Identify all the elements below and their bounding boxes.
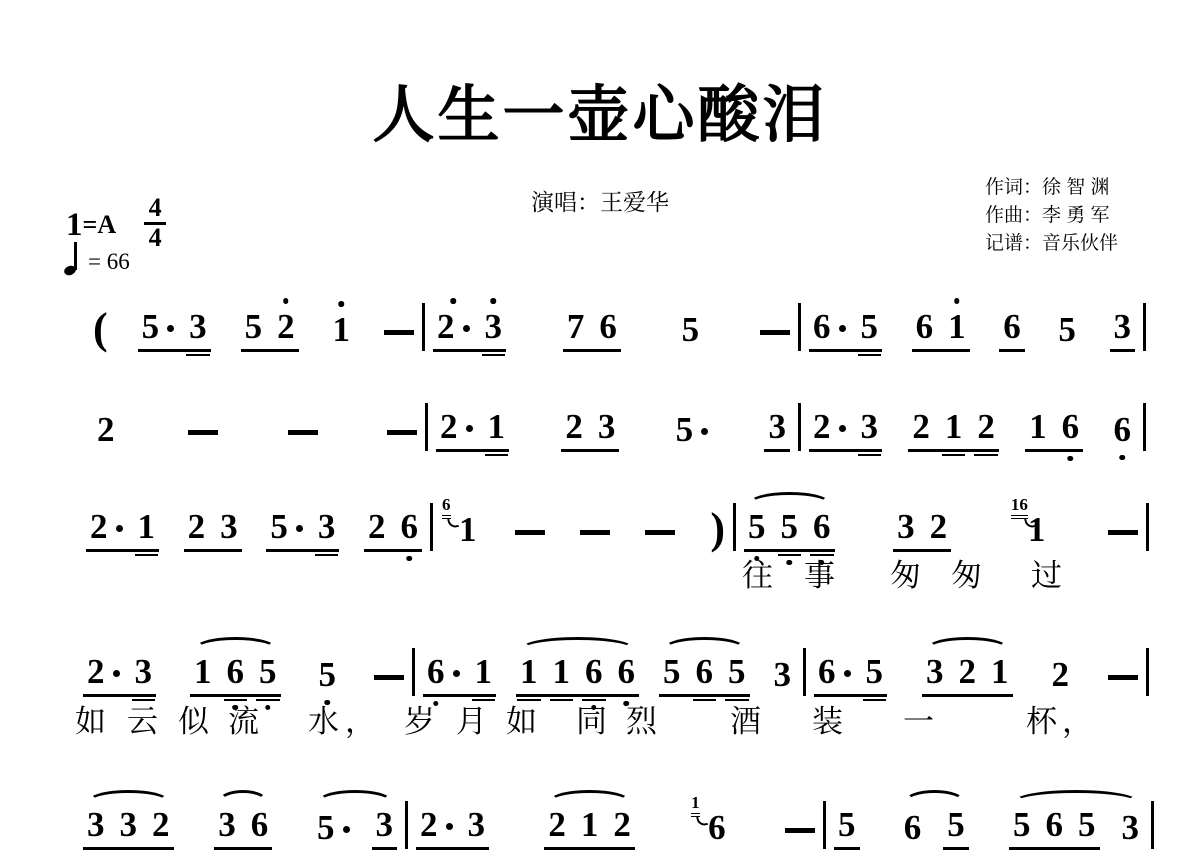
note-digit: 1 <box>138 509 156 544</box>
note-digit: 2 <box>90 509 108 544</box>
note-digit: 2 <box>152 807 170 842</box>
note-digit: 5 <box>663 654 681 689</box>
note-digit: 6 <box>251 807 269 842</box>
note-group: 5 <box>1054 312 1080 352</box>
note: 5 <box>781 509 799 544</box>
measure: 6111665653 <box>415 641 803 697</box>
note: 6 <box>696 654 714 689</box>
score-line: 221235323212166 <box>85 396 1141 452</box>
note-group: 5 <box>943 807 969 850</box>
lyric-char: 同 <box>576 706 607 737</box>
note: 5 <box>1078 807 1096 842</box>
score-line: 2316556111665653653212 <box>75 641 1144 697</box>
note-digit: 5 <box>682 312 700 347</box>
note-group: 3 <box>1110 309 1136 352</box>
note-digit: 2 <box>437 309 455 344</box>
note-group: 565 <box>659 654 750 697</box>
note: 2 <box>565 409 583 444</box>
note-digit: 5 <box>270 509 288 544</box>
measure: 23212166 <box>801 396 1143 452</box>
note-group: 26 <box>364 509 422 552</box>
note: 3 <box>220 509 238 544</box>
note-digit: 2 <box>87 654 105 689</box>
note: 5 <box>676 412 709 447</box>
note-group: 556 <box>744 509 835 552</box>
note: 2 <box>1052 657 1070 692</box>
note-digit: 1 <box>1029 409 1047 444</box>
note: 6 <box>818 654 851 689</box>
note: 5 <box>245 309 263 344</box>
note-group: 565 <box>1009 807 1100 850</box>
score: (535212376565616532212353232121662123532… <box>0 0 1200 850</box>
note: 2 <box>90 509 123 544</box>
augmentation-dot <box>463 325 470 332</box>
note-group: 5 <box>313 810 354 850</box>
note: 3 <box>189 309 207 344</box>
note-digit: 3 <box>120 807 138 842</box>
grace-underline <box>1011 515 1028 517</box>
note-digit: 1 <box>194 654 212 689</box>
note-digit: 1 <box>459 512 477 547</box>
note: 5 <box>861 309 879 344</box>
note: 1 <box>945 409 963 444</box>
duration-dash <box>645 530 675 535</box>
note-digit: 3 <box>318 509 336 544</box>
bar-line <box>1146 503 1149 551</box>
duration-dash <box>580 530 610 535</box>
grace-note: 6 <box>442 496 451 519</box>
score-line: (53521237656561653 <box>85 296 1141 352</box>
note: 1 <box>138 509 156 544</box>
note: 2 <box>188 509 206 544</box>
lyric-char: 酒 <box>730 706 761 737</box>
note-group: 61 <box>441 512 481 552</box>
note-group: 5 <box>678 312 704 352</box>
note: 5 <box>317 810 350 845</box>
note-digit: 6 <box>227 654 245 689</box>
note-digit: 7 <box>567 309 585 344</box>
note: 3 <box>861 409 879 444</box>
note-digit: 1 <box>1028 512 1046 547</box>
note-digit: 2 <box>930 509 948 544</box>
note-digit: 3 <box>861 409 879 444</box>
note-group: 53 <box>266 509 339 552</box>
note-group: 3 <box>764 409 790 452</box>
note: 6 <box>599 309 617 344</box>
bar-line <box>1143 403 1146 451</box>
note-group: 5 <box>834 807 860 850</box>
lyric-char: 杯 <box>1026 706 1057 737</box>
note: 2 <box>977 409 995 444</box>
note-digit: 6 <box>400 509 418 544</box>
note-digit: 3 <box>768 409 786 444</box>
note: 3 <box>774 657 792 692</box>
note-digit: 3 <box>598 409 616 444</box>
slur-group: 565 <box>659 654 750 697</box>
note-digit: 2 <box>97 412 115 447</box>
note-digit: 2 <box>420 807 438 842</box>
note-group: 6 <box>900 810 926 850</box>
note-digit: 5 <box>728 654 746 689</box>
note: 5 <box>319 657 337 692</box>
note: 6 <box>813 309 846 344</box>
note: 6 <box>251 807 269 842</box>
note-digit: 5 <box>319 657 337 692</box>
measure: 5655653 <box>826 794 1151 850</box>
note: 3 <box>120 807 138 842</box>
note-digit: 1 <box>488 409 506 444</box>
lyric-char: 匆 <box>951 560 982 591</box>
note-group: 21 <box>436 409 509 452</box>
lyric-char: 往 <box>742 560 773 591</box>
note-digit: 3 <box>1122 810 1140 845</box>
note: 2 <box>959 654 977 689</box>
note-group: 5 <box>315 657 341 697</box>
note-group: 65 <box>814 654 887 697</box>
note: 3 <box>897 509 915 544</box>
note: 1 <box>488 409 506 444</box>
note: 6 <box>916 309 934 344</box>
duration-dash <box>515 530 545 535</box>
lyric-char: 一 <box>903 706 934 737</box>
note-digit: 5 <box>676 412 694 447</box>
note: 61 <box>459 512 477 547</box>
note: 5 <box>838 807 856 842</box>
duration-dash <box>1108 675 1138 680</box>
note-digit: 6 <box>427 654 445 689</box>
note-digit: 2 <box>565 409 583 444</box>
measure: 61) <box>433 496 733 552</box>
note: 6 <box>618 654 636 689</box>
note-digit: 1 <box>333 312 351 347</box>
note-group: 161 <box>1010 512 1050 552</box>
lyric-char: ， <box>1062 706 1093 737</box>
note-digit: 3 <box>218 807 236 842</box>
note: 2 <box>548 807 566 842</box>
note: 1 <box>581 807 599 842</box>
note-digit: 5 <box>866 654 884 689</box>
note: 3 <box>598 409 616 444</box>
parenthesis: ) <box>710 507 725 551</box>
grace-underline <box>1011 518 1028 520</box>
slur-group: 36 <box>214 807 272 850</box>
note-group: 2 <box>1048 657 1074 697</box>
lyric-char: 流 <box>228 706 259 737</box>
note: 1 <box>475 654 493 689</box>
note: 2 <box>437 309 470 344</box>
note: 2 <box>420 807 453 842</box>
note-group: 76 <box>563 309 621 352</box>
note-digit: 3 <box>774 657 792 692</box>
note-digit: 6 <box>708 810 726 845</box>
note-digit: 1 <box>991 654 1009 689</box>
grace-underline <box>691 813 700 815</box>
slur-group: 65 <box>900 807 969 850</box>
note-digit: 2 <box>1052 657 1070 692</box>
note-digit: 3 <box>220 509 238 544</box>
augmentation-dot <box>343 826 350 833</box>
note: 5 <box>728 654 746 689</box>
note-digit: 2 <box>188 509 206 544</box>
note: 6 <box>1113 412 1131 447</box>
duration-dash <box>387 430 417 435</box>
note-digit: 5 <box>781 509 799 544</box>
measure: 55632161 <box>736 496 1146 552</box>
note-group: 3 <box>372 807 398 850</box>
note: 3 <box>1122 810 1140 845</box>
slur-group: 332 <box>83 807 174 850</box>
lyric-char: 匆 <box>890 560 921 591</box>
note-digit: 3 <box>1114 309 1132 344</box>
lyric-char: 如 <box>506 706 537 737</box>
measure: (53521 <box>85 296 422 352</box>
measure: 21235326 <box>78 496 430 552</box>
augmentation-dot <box>113 670 120 677</box>
note-group: 32 <box>893 509 951 552</box>
augmentation-dot <box>844 670 851 677</box>
note: 6 <box>1046 807 1064 842</box>
note-group: 2 <box>93 412 119 452</box>
note-digit: 5 <box>245 309 263 344</box>
note: 6 <box>904 810 922 845</box>
augmentation-dot <box>839 425 846 432</box>
note: 5 <box>748 509 766 544</box>
duration-dash <box>785 828 815 833</box>
augmentation-dot <box>116 525 123 532</box>
note-digit: 3 <box>468 807 486 842</box>
note: 5 <box>142 309 175 344</box>
note: 5 <box>259 654 277 689</box>
slur-group: 165 <box>190 654 281 697</box>
note: 3 <box>376 807 394 842</box>
note-digit: 6 <box>904 810 922 845</box>
note-group: 36 <box>214 807 272 850</box>
lyric-char: ， <box>345 706 376 737</box>
note: 1 <box>194 654 212 689</box>
duration-dash <box>374 675 404 680</box>
note-group: 23 <box>433 309 506 352</box>
slur-group: 5653 <box>1009 807 1143 850</box>
note: 2 <box>368 509 386 544</box>
note-digit: 3 <box>897 509 915 544</box>
grace-digits: 16 <box>1011 496 1028 513</box>
note-group: 61 <box>912 309 970 352</box>
note: 2 <box>277 309 295 344</box>
lyric-char: 月 <box>456 706 487 737</box>
grace-underline <box>442 518 451 520</box>
bar-line <box>1151 801 1154 849</box>
duration-dash <box>288 430 318 435</box>
note-digit: 3 <box>485 309 503 344</box>
note: 161 <box>1028 512 1046 547</box>
lyric-char: 似 <box>178 706 209 737</box>
slur-group: 212 <box>544 807 635 850</box>
note-digit: 1 <box>948 309 966 344</box>
measure: 23765 <box>425 296 798 352</box>
note: 2 <box>97 412 115 447</box>
parenthesis: ( <box>93 307 108 351</box>
lyric-char: 云 <box>127 706 158 737</box>
duration-dash <box>1108 530 1138 535</box>
note-group: 61 <box>423 654 496 697</box>
note-digit: 2 <box>813 409 831 444</box>
note-group: 16 <box>690 810 730 850</box>
slur-group: 321 <box>922 654 1013 697</box>
note-group: 332 <box>83 807 174 850</box>
note: 6 <box>427 654 460 689</box>
note-group: 165 <box>190 654 281 697</box>
measure: 212353 <box>428 396 798 452</box>
note: 3 <box>926 654 944 689</box>
note-digit: 3 <box>87 807 105 842</box>
note: 1 <box>948 309 966 344</box>
note-group: 1 <box>329 312 355 352</box>
note-digit: 6 <box>585 654 603 689</box>
duration-dash <box>188 430 218 435</box>
note: 6 <box>813 509 831 544</box>
note-digit: 6 <box>813 309 831 344</box>
note: 1 <box>520 654 538 689</box>
measure: 2 <box>85 396 425 452</box>
note-digit: 6 <box>1113 412 1131 447</box>
note-digit: 1 <box>520 654 538 689</box>
duration-dash <box>384 330 414 335</box>
note: 5 <box>947 807 965 842</box>
lyric-char: 岁 <box>404 706 435 737</box>
note: 6 <box>400 509 418 544</box>
note: 3 <box>135 654 153 689</box>
measure: 653212 <box>806 641 1146 697</box>
note: 6 <box>1062 409 1080 444</box>
note-digit: 1 <box>581 807 599 842</box>
note-digit: 5 <box>259 654 277 689</box>
note: 2 <box>87 654 120 689</box>
note: 3 <box>468 807 486 842</box>
augmentation-dot <box>446 823 453 830</box>
note: 5 <box>1013 807 1031 842</box>
note-digit: 1 <box>553 654 571 689</box>
sheet-music-page: 人生一壶心酸泪 演唱：王爱华 作词：徐 智 渊 作曲：李 勇 军 记谱：音乐伙伴… <box>0 0 1200 850</box>
note: 2 <box>613 807 631 842</box>
note: 5 <box>866 654 884 689</box>
augmentation-dot <box>466 425 473 432</box>
score-line: 332365323212165655653 <box>75 794 1149 850</box>
score-line: 2123532661)55632161 <box>78 496 1144 552</box>
note-group: 321 <box>922 654 1013 697</box>
note: 2 <box>930 509 948 544</box>
note: 1 <box>553 654 571 689</box>
grace-underline <box>691 816 700 818</box>
note: 1 <box>991 654 1009 689</box>
lyric-char: 过 <box>1031 560 1062 591</box>
note: 3 <box>318 509 336 544</box>
note-group: 23 <box>83 654 156 697</box>
measure: 2321216 <box>408 794 823 850</box>
note-digit: 5 <box>142 309 160 344</box>
note-digit: 2 <box>959 654 977 689</box>
note-group: 23 <box>416 807 489 850</box>
note: 2 <box>440 409 473 444</box>
note-digit: 2 <box>977 409 995 444</box>
grace-note: 1 <box>691 794 700 817</box>
note-group: 21 <box>86 509 159 552</box>
note-digit: 5 <box>1078 807 1096 842</box>
note-digit: 6 <box>1046 807 1064 842</box>
note-group: 65 <box>809 309 882 352</box>
note-digit: 2 <box>368 509 386 544</box>
augmentation-dot <box>453 670 460 677</box>
note-group: 23 <box>184 509 242 552</box>
slur-group: 1166 <box>516 654 639 697</box>
note-digit: 6 <box>818 654 836 689</box>
augmentation-dot <box>296 525 303 532</box>
note-group: 6 <box>1109 412 1135 452</box>
note-digit: 6 <box>618 654 636 689</box>
note: 2 <box>813 409 846 444</box>
note-digit: 3 <box>926 654 944 689</box>
note-digit: 1 <box>945 409 963 444</box>
note-group: 23 <box>809 409 882 452</box>
note-digit: 3 <box>376 807 394 842</box>
note-digit: 3 <box>189 309 207 344</box>
note-digit: 6 <box>813 509 831 544</box>
lyric-char: 如 <box>75 706 106 737</box>
slur-group: 556 <box>744 509 835 552</box>
note-digit: 2 <box>613 807 631 842</box>
note-group: 52 <box>241 309 299 352</box>
note: 5 <box>663 654 681 689</box>
note-group: 16 <box>1025 409 1083 452</box>
note-group: 212 <box>544 807 635 850</box>
note: 3 <box>1114 309 1132 344</box>
note: 16 <box>708 810 726 845</box>
note-digit: 6 <box>1062 409 1080 444</box>
note-digit: 5 <box>1058 312 1076 347</box>
note-group: 1166 <box>516 654 639 697</box>
note: 5 <box>270 509 303 544</box>
note-group: 5 <box>672 412 713 452</box>
note: 6 <box>585 654 603 689</box>
lyric-char: 水 <box>308 706 339 737</box>
note-group: 3 <box>770 657 796 697</box>
measure: 3323653 <box>75 794 405 850</box>
lyric-char: 烈 <box>626 706 657 737</box>
note: 2 <box>152 807 170 842</box>
note: 5 <box>1058 312 1076 347</box>
note-digit: 6 <box>916 309 934 344</box>
measure: 6561653 <box>801 296 1143 352</box>
note-digit: 5 <box>838 807 856 842</box>
lyric-char: 装 <box>812 706 843 737</box>
note-digit: 2 <box>277 309 295 344</box>
note-digit: 5 <box>317 810 335 845</box>
note: 3 <box>485 309 503 344</box>
note: 1 <box>333 312 351 347</box>
note: 6 <box>227 654 245 689</box>
note-digit: 5 <box>1013 807 1031 842</box>
lyric-char: 事 <box>804 560 835 591</box>
measure: 231655 <box>75 641 412 697</box>
note-digit: 5 <box>748 509 766 544</box>
grace-digits: 6 <box>442 496 451 513</box>
note-group: 212 <box>908 409 999 452</box>
grace-note: 16 <box>1011 496 1028 519</box>
note: 2 <box>912 409 930 444</box>
note-digit: 5 <box>947 807 965 842</box>
note-group: 6 <box>999 309 1025 352</box>
note-digit: 5 <box>861 309 879 344</box>
augmentation-dot <box>839 325 846 332</box>
